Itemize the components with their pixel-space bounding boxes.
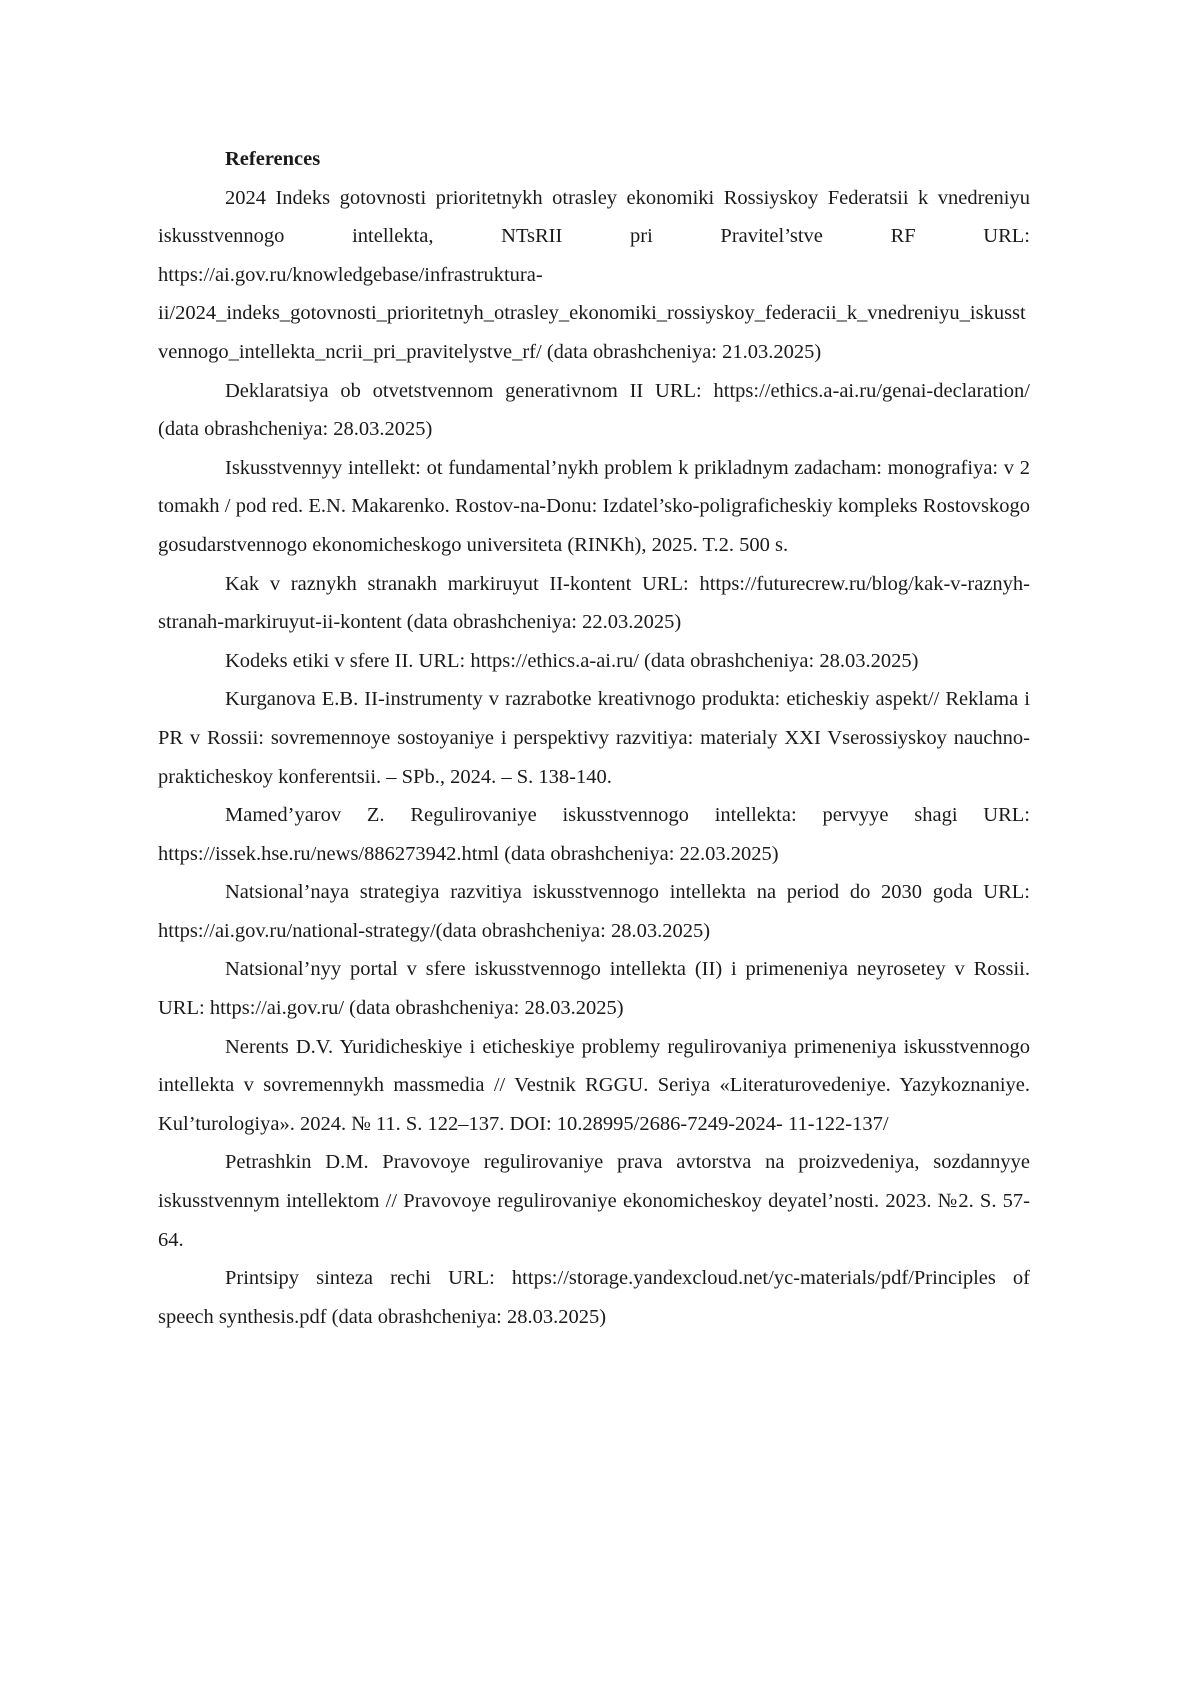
document-page: References 2024 Indeks gotovnosti priori… bbox=[158, 140, 1030, 1336]
reference-item: Nerents D.V. Yuridicheskiye i eticheskiy… bbox=[158, 1028, 1030, 1144]
reference-item: Natsional’nyy portal v sfere iskusstvenn… bbox=[158, 950, 1030, 1027]
reference-item: Kak v raznykh stranakh markiruyut II-kon… bbox=[158, 565, 1030, 642]
reference-item: Printsipy sinteza rechi URL: https://sto… bbox=[158, 1259, 1030, 1336]
reference-item: Mamed’yarov Z. Regulirovaniye iskusstven… bbox=[158, 796, 1030, 873]
reference-item: Kodeks etiki v sfere II. URL: https://et… bbox=[158, 642, 1030, 681]
reference-item: Kurganova E.B. II-instrumenty v razrabot… bbox=[158, 680, 1030, 796]
reference-item: 2024 Indeks gotovnosti prioritetnykh otr… bbox=[158, 179, 1030, 372]
references-heading: References bbox=[158, 140, 1030, 179]
reference-item: Iskusstvennyy intellekt: ot fundamental’… bbox=[158, 449, 1030, 565]
reference-item: Deklaratsiya ob otvetstvennom generativn… bbox=[158, 372, 1030, 449]
reference-item: Natsional’naya strategiya razvitiya isku… bbox=[158, 873, 1030, 950]
reference-item: Petrashkin D.M. Pravovoye regulirovaniye… bbox=[158, 1143, 1030, 1259]
